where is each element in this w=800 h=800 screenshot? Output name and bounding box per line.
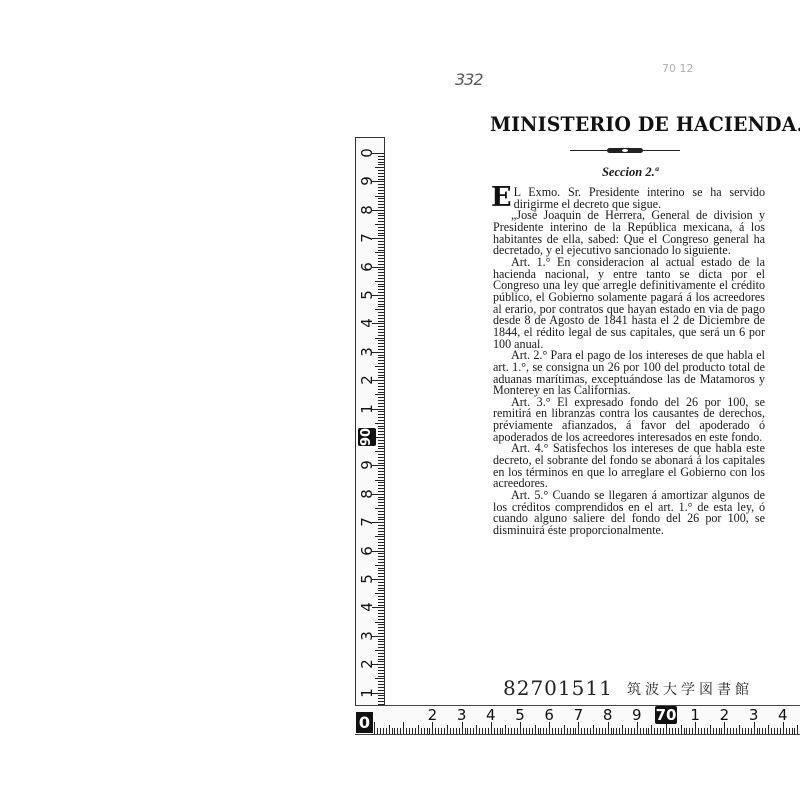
ruler-tick [660, 728, 661, 734]
ruler-tick [453, 728, 454, 734]
paragraph-article-2: Art. 2.° Para el pago de los intereses d… [493, 350, 765, 397]
ruler-tick [473, 728, 474, 734]
ruler-tick [378, 568, 384, 569]
ruler-tick [505, 725, 506, 734]
ruler-tick [657, 728, 658, 734]
ruler-tick [692, 728, 693, 734]
ruler-tick [450, 728, 451, 734]
ruler-tick [681, 725, 682, 734]
ruler-tick [378, 221, 384, 222]
ruler-tick [716, 728, 717, 734]
ruler-tick [378, 588, 384, 589]
ruler-tick [684, 728, 685, 734]
ruler-tick [378, 340, 384, 341]
ruler-tick [378, 184, 384, 185]
ornament-divider [570, 148, 680, 153]
ruler-tick [378, 630, 384, 631]
ruler-label: 6 [358, 542, 376, 560]
ruler-tick [378, 573, 384, 574]
ruler-label: 1 [688, 706, 702, 724]
ruler-tick [378, 511, 384, 512]
ruler-tick [378, 201, 384, 202]
ruler-tick [497, 728, 498, 734]
ruler-tick [374, 722, 375, 734]
ruler-tick [378, 335, 384, 336]
ruler-tick [424, 728, 425, 734]
ruler-tick [514, 728, 515, 734]
ruler-tick [392, 728, 393, 734]
paragraph-article-5: Art. 5.° Cuando se llegaren á amortizar … [493, 490, 765, 537]
ruler-label: 8 [358, 485, 376, 503]
ruler-tick [378, 463, 384, 464]
ruler-tick [634, 728, 635, 734]
ruler-tick [378, 610, 384, 611]
ruler-tick [558, 728, 559, 734]
ruler-tick [378, 457, 384, 458]
ruler-tick [378, 269, 384, 270]
pencil-note: 70 12 [662, 62, 694, 75]
ruler-tick [378, 491, 384, 492]
ruler-tick [529, 728, 530, 734]
ruler-label: 2 [358, 655, 376, 673]
ruler-tick [378, 684, 384, 685]
ruler-tick [378, 443, 384, 444]
ruler-tick [546, 728, 547, 734]
ruler-tick [389, 725, 390, 734]
ruler-tick [378, 369, 384, 370]
ruler-tick [447, 725, 448, 734]
ruler-tick [378, 519, 384, 520]
ruler-tick [378, 474, 384, 475]
ruler-tick [378, 278, 384, 279]
ruler-tick [378, 647, 384, 648]
ruler-label: 4 [484, 706, 498, 724]
ruler-tick [375, 338, 384, 339]
ruler-tick [378, 690, 384, 691]
ruler-tick [375, 650, 384, 651]
ruler-tick [378, 304, 384, 305]
ruler-tick [378, 346, 384, 347]
ruler-tick [375, 508, 384, 509]
ruler-tick [378, 585, 384, 586]
ruler-tick [375, 224, 384, 225]
ruler-tick [587, 728, 588, 734]
ruler-tick [378, 525, 384, 526]
ruler-tick [378, 505, 384, 506]
ruler-label: 5 [358, 570, 376, 588]
ruler-tick [378, 272, 384, 273]
ruler-tick [378, 670, 384, 671]
ruler-tick [378, 400, 384, 401]
ruler-tick [768, 725, 769, 734]
ruler-tick [745, 728, 746, 734]
ruler-tick [378, 440, 384, 441]
ruler-tick [378, 602, 384, 603]
ruler-label: 1 [358, 400, 376, 418]
paragraph-intro: EL Exmo. Sr. Presidente interino se ha s… [493, 187, 765, 210]
ruler-label: 90 [358, 428, 376, 446]
ruler-tick [375, 565, 384, 566]
ruler-tick [378, 173, 384, 174]
ruler-tick [663, 728, 664, 734]
ruler-tick [378, 485, 384, 486]
ruler-tick [378, 701, 384, 702]
ruler-tick [378, 235, 384, 236]
ruler-tick [412, 728, 413, 734]
ruler-tick [394, 728, 395, 734]
ruler-tick [602, 728, 603, 734]
ruler-tick [378, 582, 384, 583]
ruler-tick [378, 298, 384, 299]
ruler-tick [378, 471, 384, 472]
ruler-tick [619, 728, 620, 734]
ruler-label: 6 [358, 258, 376, 276]
ruler-tick [378, 605, 384, 606]
ruler-tick [378, 227, 384, 228]
ruler-tick [378, 397, 384, 398]
ruler-tick [581, 728, 582, 734]
vertical-ruler: 123456789901234567890 [355, 137, 385, 735]
ruler-tick [378, 176, 384, 177]
ruler-tick [378, 616, 384, 617]
ruler-tick [378, 360, 384, 361]
ruler-tick [467, 728, 468, 734]
ruler-tick [622, 725, 623, 734]
ruler-label: 5 [513, 706, 527, 724]
ruler-tick [797, 725, 798, 734]
ruler-tick [378, 534, 384, 535]
ruler-tick [378, 499, 384, 500]
ruler-tick [378, 392, 384, 393]
ruler-tick [794, 728, 795, 734]
ruler-tick [378, 233, 384, 234]
ruler-label: 6 [542, 706, 556, 724]
ruler-tick [429, 728, 430, 734]
ruler-tick [378, 312, 384, 313]
ruler-tick [375, 366, 384, 367]
ruler-tick [628, 728, 629, 734]
ruler-tick [378, 570, 384, 571]
ruler-tick [479, 728, 480, 734]
ruler-tick [611, 728, 612, 734]
ruler-tick [686, 728, 687, 734]
ruler-label: 9 [358, 456, 376, 474]
ruler-tick [378, 695, 384, 696]
ruler-tick [421, 728, 422, 734]
paragraph-preamble: „José Joaquin de Herrera, General de div… [493, 210, 765, 257]
ruler-tick [378, 162, 384, 163]
ruler-tick [378, 286, 384, 287]
section-heading: Seccion 2.ª [480, 165, 780, 180]
ruler-tick [378, 321, 384, 322]
ruler-tick [378, 559, 384, 560]
ruler-tick [406, 728, 407, 734]
ruler-tick [378, 386, 384, 387]
ruler-tick [672, 728, 673, 734]
ruler-tick [792, 728, 793, 734]
ruler-tick [386, 728, 387, 734]
horizontal-ruler: 234567897012345 [355, 705, 800, 735]
ruler-label: 3 [455, 706, 469, 724]
ruler-tick [378, 377, 384, 378]
ruler-tick [378, 372, 384, 373]
ruler-tick [733, 728, 734, 734]
ruler-label: 7 [358, 229, 376, 247]
ruler-tick [378, 599, 384, 600]
ruler-tick [561, 728, 562, 734]
ruler-tick [378, 406, 384, 407]
ruler-tick [378, 261, 384, 262]
ruler-tick [378, 676, 384, 677]
ruler-label: 4 [776, 706, 790, 724]
ruler-tick [378, 687, 384, 688]
ruler-tick [719, 728, 720, 734]
ruler-tick [403, 722, 404, 734]
ruler-tick [378, 428, 384, 429]
ruler-tick [526, 728, 527, 734]
ruler-tick [418, 725, 419, 734]
ruler-tick [375, 167, 384, 168]
ruler-tick [375, 252, 384, 253]
ruler-tick [378, 667, 384, 668]
ruler-tick [748, 728, 749, 734]
ruler-tick [538, 728, 539, 734]
ruler-tick [596, 728, 597, 734]
ruler-tick [378, 247, 384, 248]
paragraph-article-1: Art. 1.° En consideracion al actual esta… [493, 257, 765, 350]
ruler-tick [646, 728, 647, 734]
ruler-tick [378, 315, 384, 316]
ruler-tick [613, 728, 614, 734]
ruler-tick [383, 728, 384, 734]
ruler-tick [380, 728, 381, 734]
ruler-tick [378, 403, 384, 404]
ruler-tick [378, 289, 384, 290]
ruler-tick [459, 728, 460, 734]
ruler-label: 2 [358, 371, 376, 389]
ruler-tick [456, 728, 457, 734]
ruler-tick [378, 681, 384, 682]
ruler-tick [508, 728, 509, 734]
ruler-tick [500, 728, 501, 734]
ruler-tick [739, 725, 740, 734]
library-stamp: 筑波大学図書館 [627, 679, 753, 699]
ruler-label: 3 [747, 706, 761, 724]
ruler-tick [378, 187, 384, 188]
ruler-tick [444, 728, 445, 734]
ruler-tick [427, 728, 428, 734]
ruler-tick [698, 728, 699, 734]
ruler-tick [590, 728, 591, 734]
ruler-tick [540, 728, 541, 734]
ruler-tick [378, 343, 384, 344]
ruler-tick [378, 426, 384, 427]
ruler-tick [765, 728, 766, 734]
ruler-tick [375, 622, 384, 623]
ruler-tick [605, 728, 606, 734]
ruler-tick [780, 728, 781, 734]
ruler-tick [378, 244, 384, 245]
ruler-tick [476, 725, 477, 734]
ruler-tick [378, 633, 384, 634]
ruler-tick [375, 196, 384, 197]
ruler-tick [488, 728, 489, 734]
ruler-tick [517, 728, 518, 734]
ruler-tick [593, 725, 594, 734]
ruler-tick [378, 477, 384, 478]
ruler-tick [378, 673, 384, 674]
ruler-tick [378, 446, 384, 447]
dropcap-letter: E [491, 187, 512, 209]
ruler-tick [742, 728, 743, 734]
ruler-tick [378, 411, 384, 412]
document-title: MINISTERIO DE HACIENDA. [490, 113, 760, 136]
ruler-tick [378, 624, 384, 625]
ruler-tick [378, 292, 384, 293]
ruler-label: 8 [358, 201, 376, 219]
ruler-tick [378, 659, 384, 660]
ruler-label: 0 [358, 144, 376, 162]
ruler-tick [375, 394, 384, 395]
ruler-tick [378, 179, 384, 180]
ruler-tick [378, 389, 384, 390]
ruler-tick [378, 170, 384, 171]
ruler-tick [625, 728, 626, 734]
ruler-tick [532, 728, 533, 734]
ruler-label: 2 [717, 706, 731, 724]
ruler-label: 5 [358, 286, 376, 304]
ruler-tick [701, 728, 702, 734]
ruler-tick [378, 517, 384, 518]
ruler-tick [762, 728, 763, 734]
ruler-label: 4 [358, 314, 376, 332]
ruler-label: 8 [601, 706, 615, 724]
call-number: 82701511 [503, 676, 613, 700]
ruler-tick [378, 545, 384, 546]
ruler-label: 3 [358, 343, 376, 361]
ruler-tick [786, 728, 787, 734]
ruler-origin-label: 0 [356, 712, 373, 733]
ruler-tick [378, 326, 384, 327]
ruler-label: 2 [425, 706, 439, 724]
ruler-tick [378, 656, 384, 657]
ruler-label: 4 [358, 598, 376, 616]
ruler-tick [378, 590, 384, 591]
ruler-tick [378, 190, 384, 191]
ruler-tick [378, 431, 384, 432]
ruler-tick [789, 728, 790, 734]
paragraph-article-3: Art. 3.° El expresado fondo del 26 por 1… [493, 397, 765, 444]
ruler-tick [378, 218, 384, 219]
ruler-tick [378, 355, 384, 356]
ruler-tick [378, 619, 384, 620]
ruler-label: 7 [571, 706, 585, 724]
ruler-tick [378, 164, 384, 165]
ruler-tick [378, 375, 384, 376]
ruler-tick [378, 454, 384, 455]
ruler-tick [774, 728, 775, 734]
ruler-tick [777, 728, 778, 734]
ruler-tick [573, 728, 574, 734]
ruler-tick [751, 728, 752, 734]
ruler-tick [736, 728, 737, 734]
ruler-tick [378, 349, 384, 350]
ruler-tick [378, 156, 384, 157]
ruler-tick [511, 728, 512, 734]
ruler-tick [378, 193, 384, 194]
ruler-tick [378, 207, 384, 208]
ruler-tick [378, 539, 384, 540]
ruler-tick [378, 258, 384, 259]
ruler-tick [375, 423, 384, 424]
ruler-tick [378, 318, 384, 319]
ruler-tick [482, 728, 483, 734]
ruler-tick [599, 728, 600, 734]
ruler-tick [543, 728, 544, 734]
ruler-tick [378, 488, 384, 489]
ruler-tick [378, 596, 384, 597]
ruler-tick [730, 728, 731, 734]
ruler-tick [465, 728, 466, 734]
ruler-tick [375, 480, 384, 481]
ruler-tick [378, 198, 384, 199]
ruler-tick [555, 728, 556, 734]
ruler-tick [675, 728, 676, 734]
ruler-tick [535, 725, 536, 734]
ruler-tick [378, 553, 384, 554]
ruler-tick [648, 728, 649, 734]
ruler-tick [378, 363, 384, 364]
ruler-tick [378, 204, 384, 205]
ruler-tick [378, 460, 384, 461]
ruler-tick [378, 528, 384, 529]
ruler-tick [378, 434, 384, 435]
ruler-tick [523, 728, 524, 734]
ruler-label: 9 [630, 706, 644, 724]
ruler-tick [378, 556, 384, 557]
ruler-tick [378, 332, 384, 333]
ruler-tick [651, 725, 652, 734]
ruler-tick [378, 548, 384, 549]
ruler-tick [375, 536, 384, 537]
ruler-tick [378, 275, 384, 276]
ruler-tick [378, 264, 384, 265]
ruler-tick [378, 301, 384, 302]
ruler-tick [378, 383, 384, 384]
ruler-tick [378, 653, 384, 654]
ruler-tick [378, 213, 384, 214]
ruler-tick [375, 451, 384, 452]
ruler-tick [441, 728, 442, 734]
ruler-tick [378, 250, 384, 251]
ruler-tick [378, 420, 384, 421]
ruler-tick [400, 728, 401, 734]
ruler-tick [616, 728, 617, 734]
ruler-tick [378, 497, 384, 498]
ruler-tick [378, 241, 384, 242]
ruler-tick [378, 230, 384, 231]
ruler-tick [378, 255, 384, 256]
ruler-tick [678, 728, 679, 734]
ruler-tick [378, 215, 384, 216]
ruler-tick [377, 728, 378, 734]
ruler-tick [631, 728, 632, 734]
ruler-tick [378, 627, 384, 628]
ruler-tick [438, 728, 439, 734]
ruler-tick [378, 514, 384, 515]
ruler-tick [378, 531, 384, 532]
ruler-tick [710, 725, 711, 734]
